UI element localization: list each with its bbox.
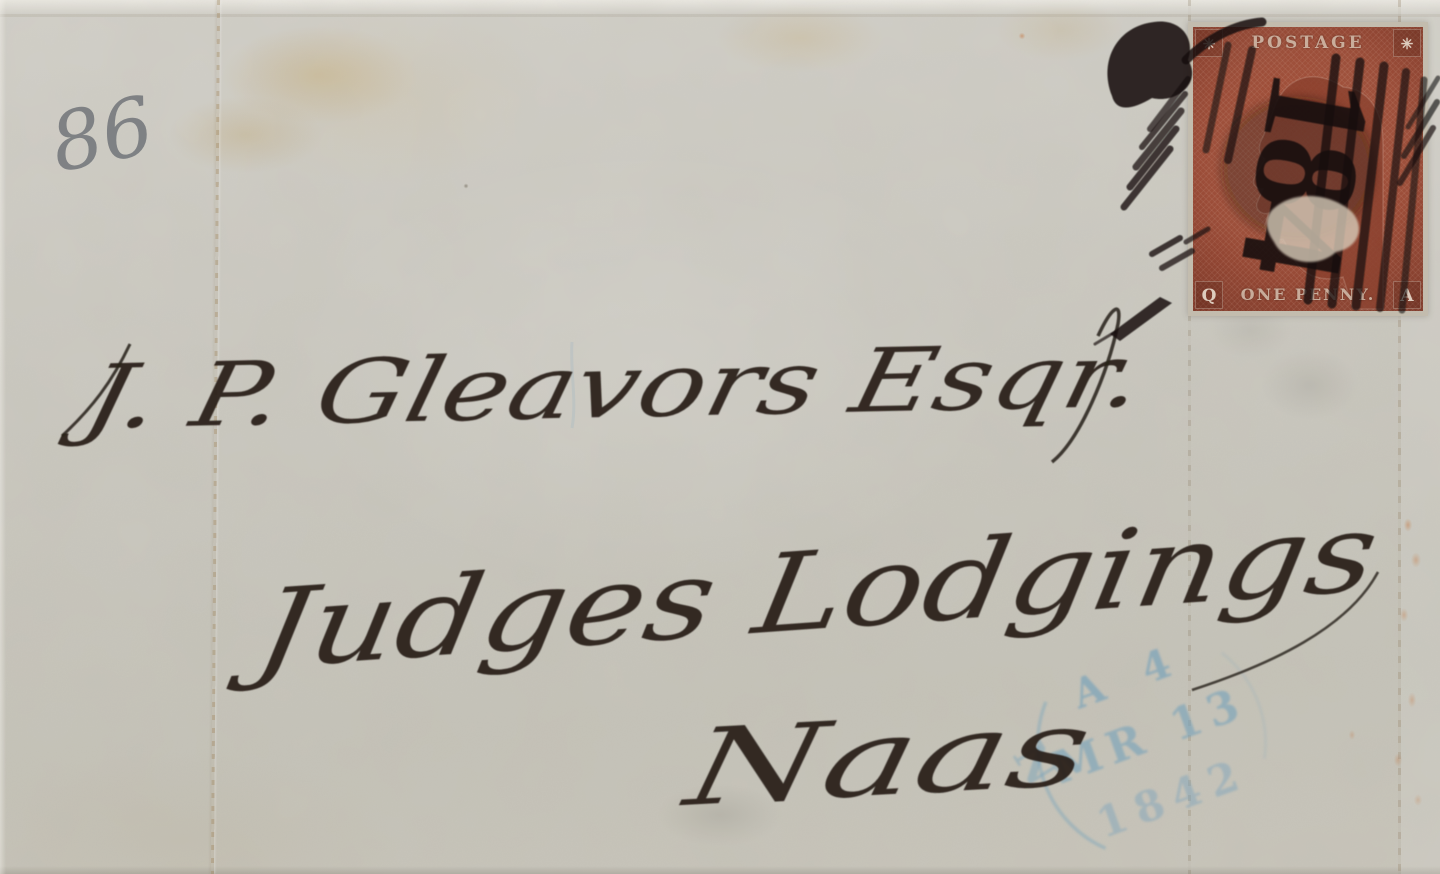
stamp-ornament-top-left-icon: ✳ [1195, 29, 1223, 57]
stamp-ornament-top-right-icon: ✳ [1393, 29, 1421, 57]
paper-left-edge [0, 0, 6, 874]
stamp-corner-letter-q: Q [1195, 281, 1223, 309]
stamp-corner-letter-a: A [1393, 281, 1421, 309]
postal-cover: POSTAGE ✳ ✳ Q A ONE PENNY. A 4 MR [0, 0, 1440, 874]
queen-profile [1193, 27, 1423, 311]
stamp: POSTAGE ✳ ✳ Q A ONE PENNY. [1188, 22, 1428, 316]
stamp-design: POSTAGE ✳ ✳ Q A ONE PENNY. [1193, 27, 1423, 311]
stamp-one-penny-text: ONE PENNY. [1223, 281, 1393, 309]
stamp-postage-text: POSTAGE [1223, 29, 1393, 57]
paper-bottom-edge [0, 866, 1440, 874]
